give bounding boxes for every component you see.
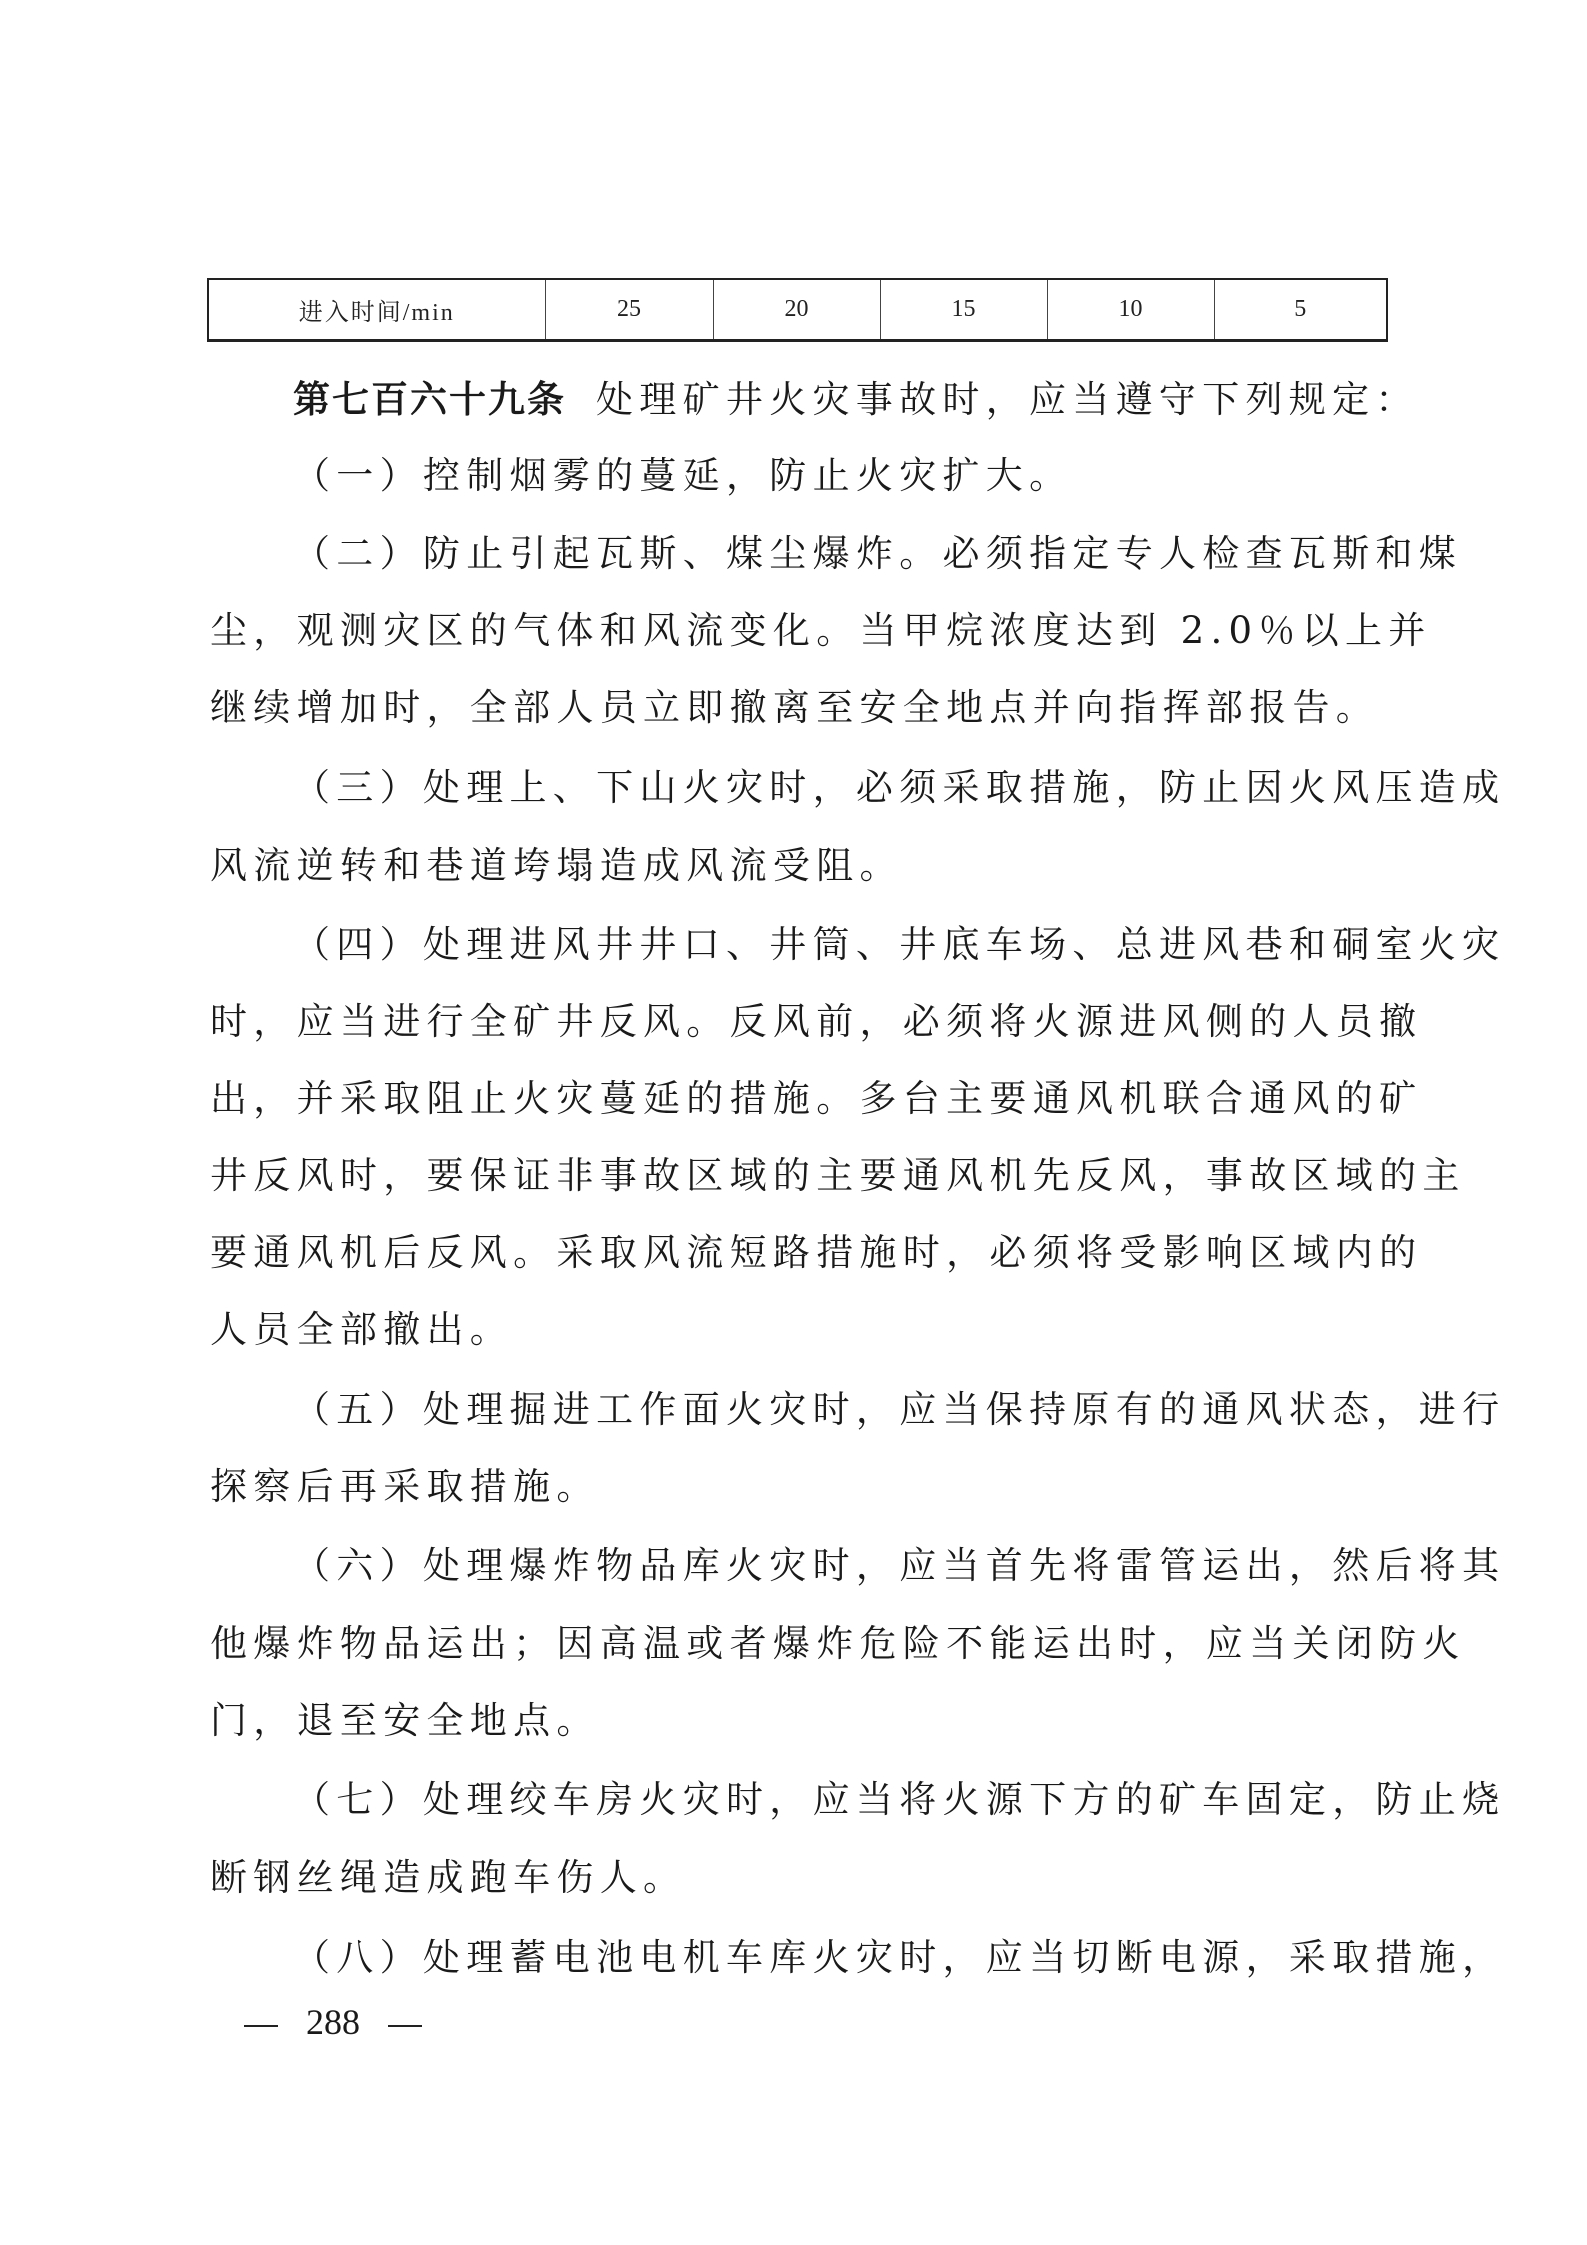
clause-6-line-3: 门，退至安全地点。 bbox=[210, 1696, 1385, 1746]
clause-3-line-1: （三）处理上、下山火灾时，必须采取措施，防止因火风压造成 bbox=[293, 763, 1385, 813]
clause-4-line-6: 人员全部撤出。 bbox=[210, 1305, 1385, 1355]
clause-2-line-2: 尘，观测灾区的气体和风流变化。当甲烷浓度达到 2.0％以上并 bbox=[210, 606, 1385, 656]
clause-7-line-1: （七）处理绞车房火灾时，应当将火源下方的矿车固定，防止烧 bbox=[293, 1775, 1385, 1825]
page-number: 288 bbox=[244, 2000, 422, 2044]
clause-2-line-1: （二）防止引起瓦斯、煤尘爆炸。必须指定专人检查瓦斯和煤 bbox=[293, 529, 1385, 579]
clause-4-line-2: 时，应当进行全矿井反风。反风前，必须将火源进风侧的人员撤 bbox=[210, 997, 1385, 1047]
value-cell: 5 bbox=[1214, 280, 1386, 339]
page-dash-right bbox=[388, 2025, 422, 2027]
article-heading: 第七百六十九条处理矿井火灾事故时，应当遵守下列规定： bbox=[293, 375, 1385, 425]
clause-7-line-2: 断钢丝绳造成跑车伤人。 bbox=[210, 1853, 1385, 1903]
value-cell: 15 bbox=[880, 280, 1047, 339]
entry-time-table: 进入时间/min 25 20 15 10 5 bbox=[207, 278, 1388, 342]
clause-8-line-1: （八）处理蓄电池电机车库火灾时，应当切断电源，采取措施， bbox=[293, 1933, 1385, 1983]
value-cell: 25 bbox=[545, 280, 713, 339]
clause-1-line-1: （一）控制烟雾的蔓延，防止火灾扩大。 bbox=[293, 451, 1385, 501]
page-number-value: 288 bbox=[306, 2002, 360, 2042]
clause-6-line-2: 他爆炸物品运出；因高温或者爆炸危险不能运出时，应当关闭防火 bbox=[210, 1619, 1385, 1669]
clause-2-line-3: 继续增加时，全部人员立即撤离至安全地点并向指挥部报告。 bbox=[210, 683, 1385, 733]
table-row: 进入时间/min 25 20 15 10 5 bbox=[209, 280, 1386, 339]
clause-4-line-3: 出，并采取阻止火灾蔓延的措施。多台主要通风机联合通风的矿 bbox=[210, 1074, 1385, 1124]
entry-time-table-grid: 进入时间/min 25 20 15 10 5 bbox=[209, 280, 1386, 339]
article-intro: 处理矿井火灾事故时，应当遵守下列规定： bbox=[596, 378, 1419, 421]
value-cell: 10 bbox=[1047, 280, 1214, 339]
row-label-cell: 进入时间/min bbox=[209, 280, 545, 339]
article-number: 第七百六十九条 bbox=[293, 378, 566, 421]
clause-3-line-2: 风流逆转和巷道垮塌造成风流受阻。 bbox=[210, 841, 1385, 891]
clause-4-line-1: （四）处理进风井井口、井筒、井底车场、总进风巷和硐室火灾 bbox=[293, 920, 1385, 970]
clause-4-line-4: 井反风时，要保证非事故区域的主要通风机先反风，事故区域的主 bbox=[210, 1151, 1385, 1201]
clause-4-line-5: 要通风机后反风。采取风流短路措施时，必须将受影响区域内的 bbox=[210, 1228, 1385, 1278]
page-dash-left bbox=[244, 2025, 278, 2027]
clause-6-line-1: （六）处理爆炸物品库火灾时，应当首先将雷管运出，然后将其 bbox=[293, 1541, 1385, 1591]
value-cell: 20 bbox=[713, 280, 880, 339]
clause-5-line-1: （五）处理掘进工作面火灾时，应当保持原有的通风状态，进行 bbox=[293, 1385, 1385, 1435]
clause-5-line-2: 探察后再采取措施。 bbox=[210, 1462, 1385, 1512]
